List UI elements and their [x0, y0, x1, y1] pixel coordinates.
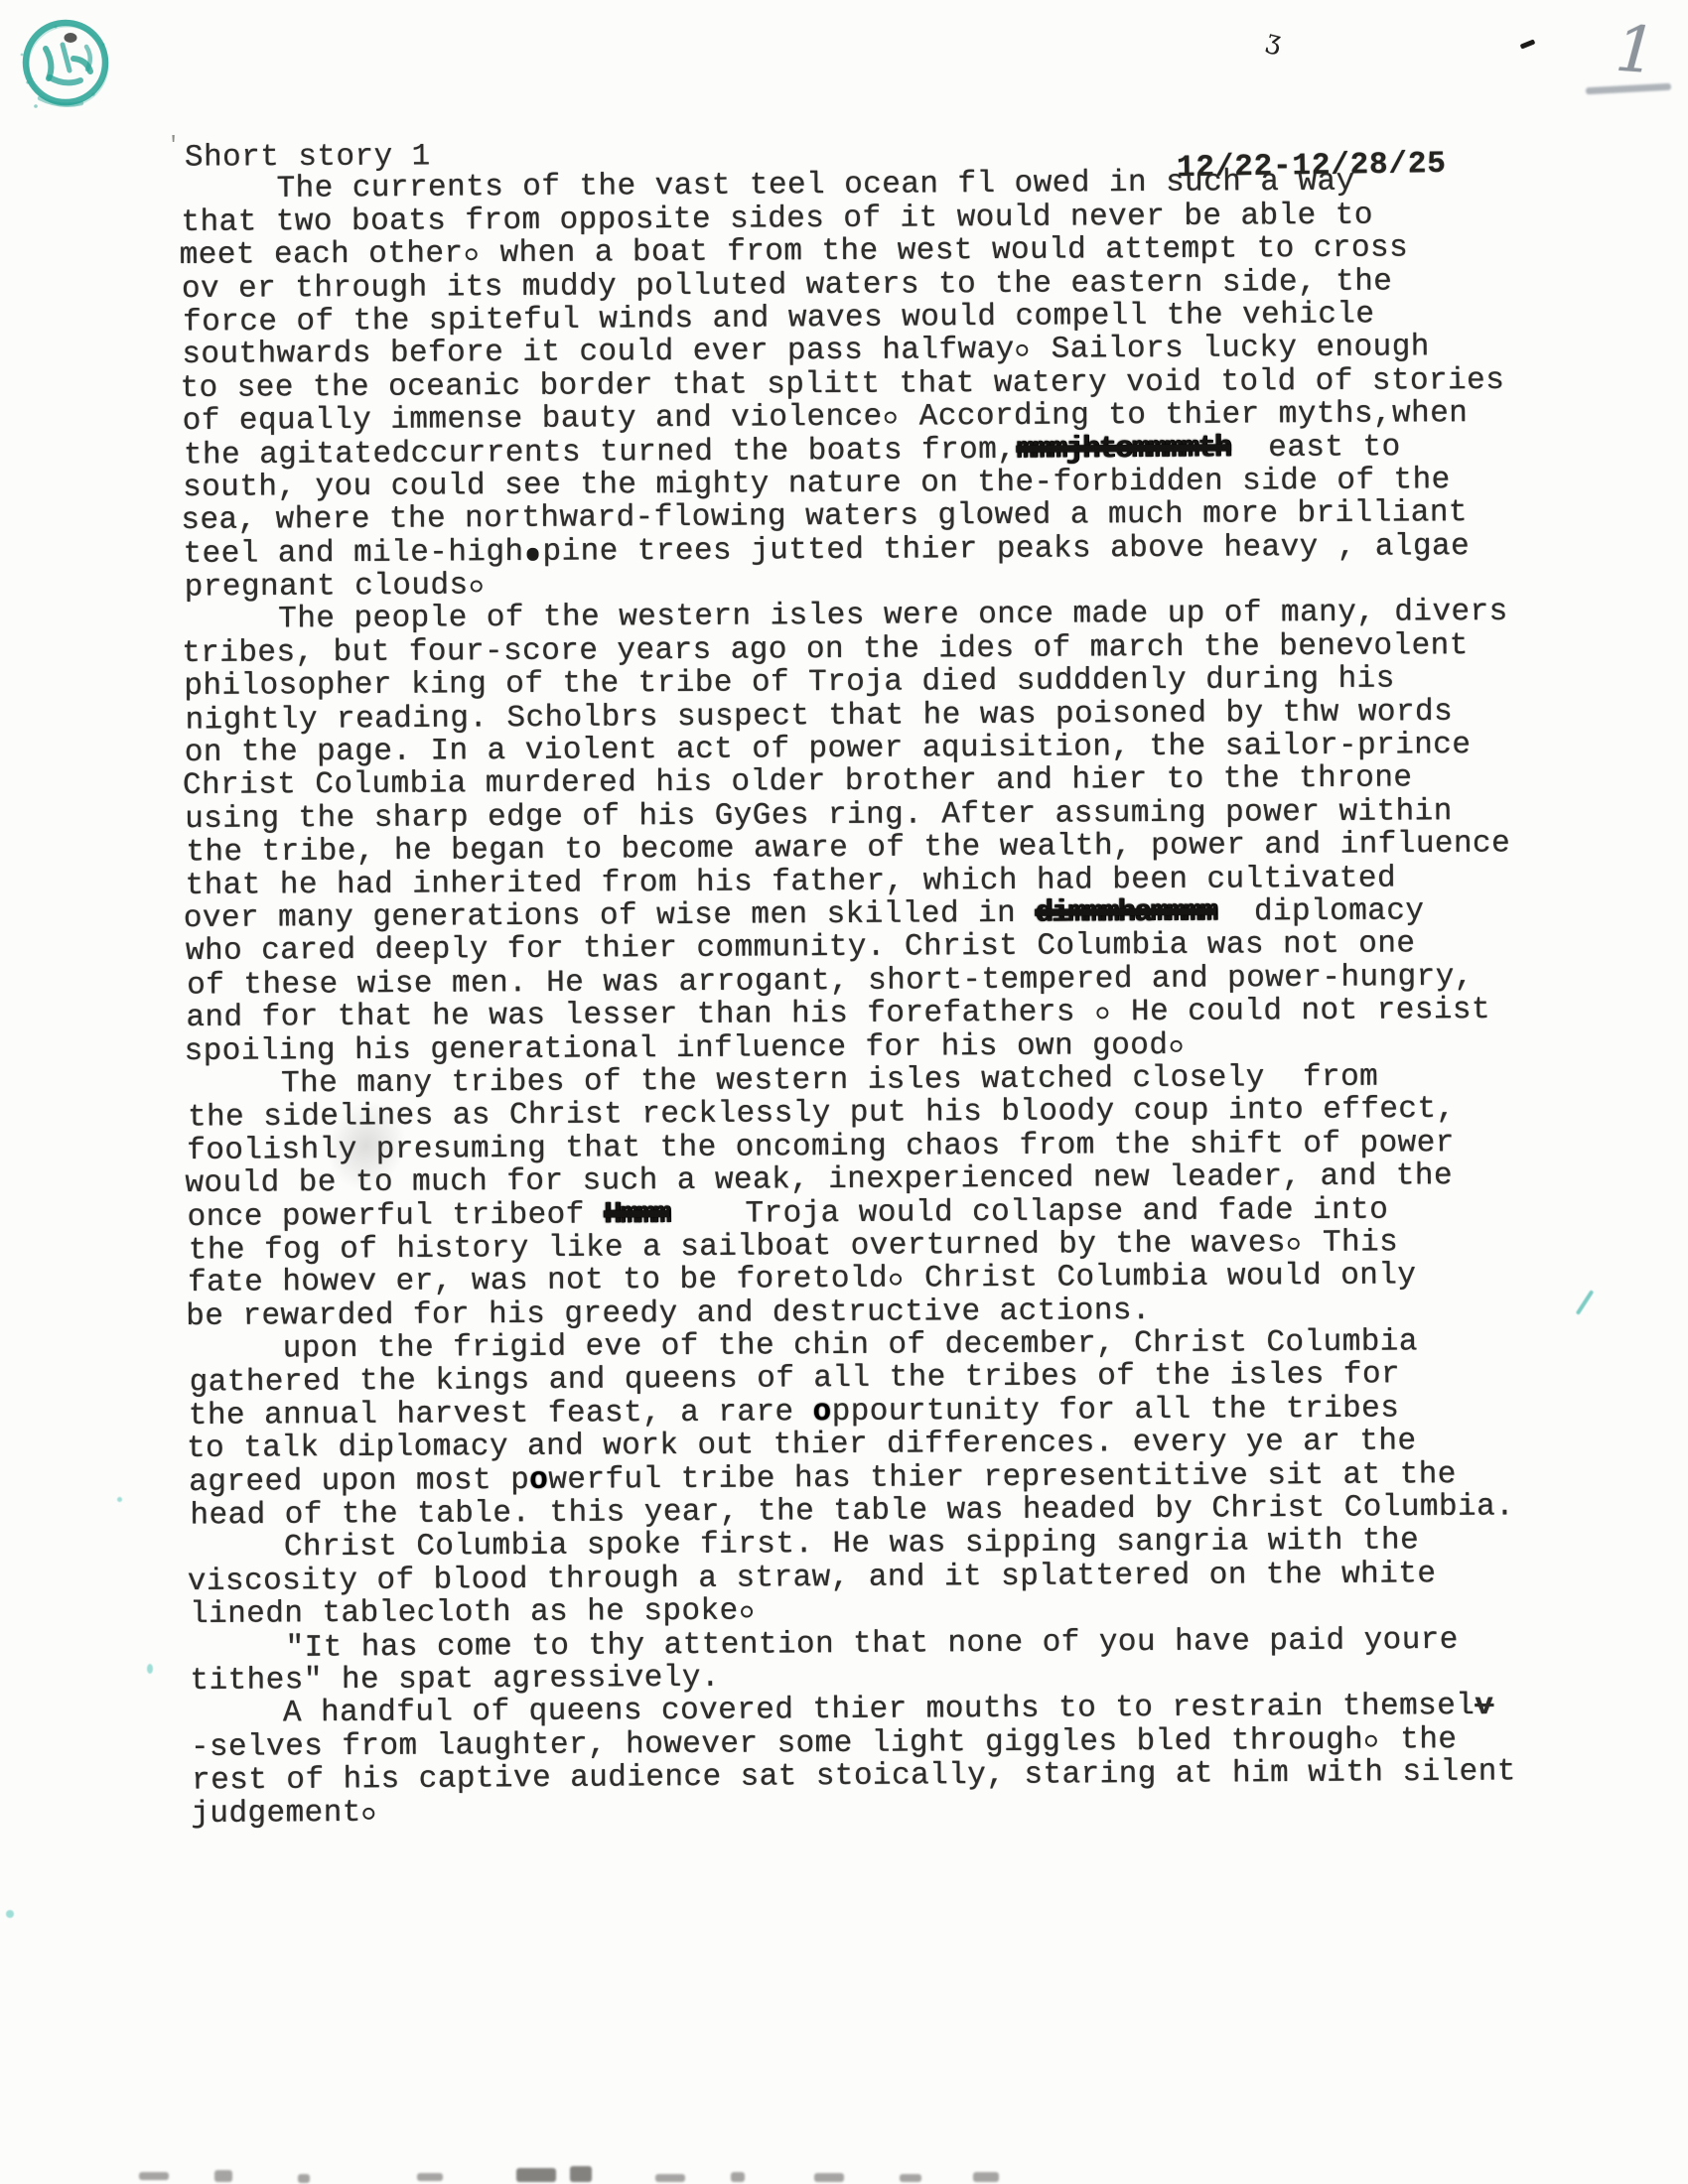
- document-body: The currents of the vast teel ocean fl o…: [181, 131, 1630, 1831]
- stray-tick-mark: ': [167, 133, 180, 158]
- scanned-page: { "page": { "paper_color": "#fcfcfb", "i…: [0, 0, 1688, 2184]
- stray-squiggle-mark: ʒ: [1264, 25, 1286, 58]
- teal-speck: [147, 1664, 153, 1674]
- stray-dash-mark: [1520, 39, 1536, 49]
- teal-speck: [6, 1910, 14, 1918]
- page-number-underline: [1586, 83, 1671, 94]
- page-number: 1: [1613, 13, 1658, 89]
- teal-circular-stamp-icon: [16, 12, 115, 117]
- teal-speck: [117, 1497, 122, 1502]
